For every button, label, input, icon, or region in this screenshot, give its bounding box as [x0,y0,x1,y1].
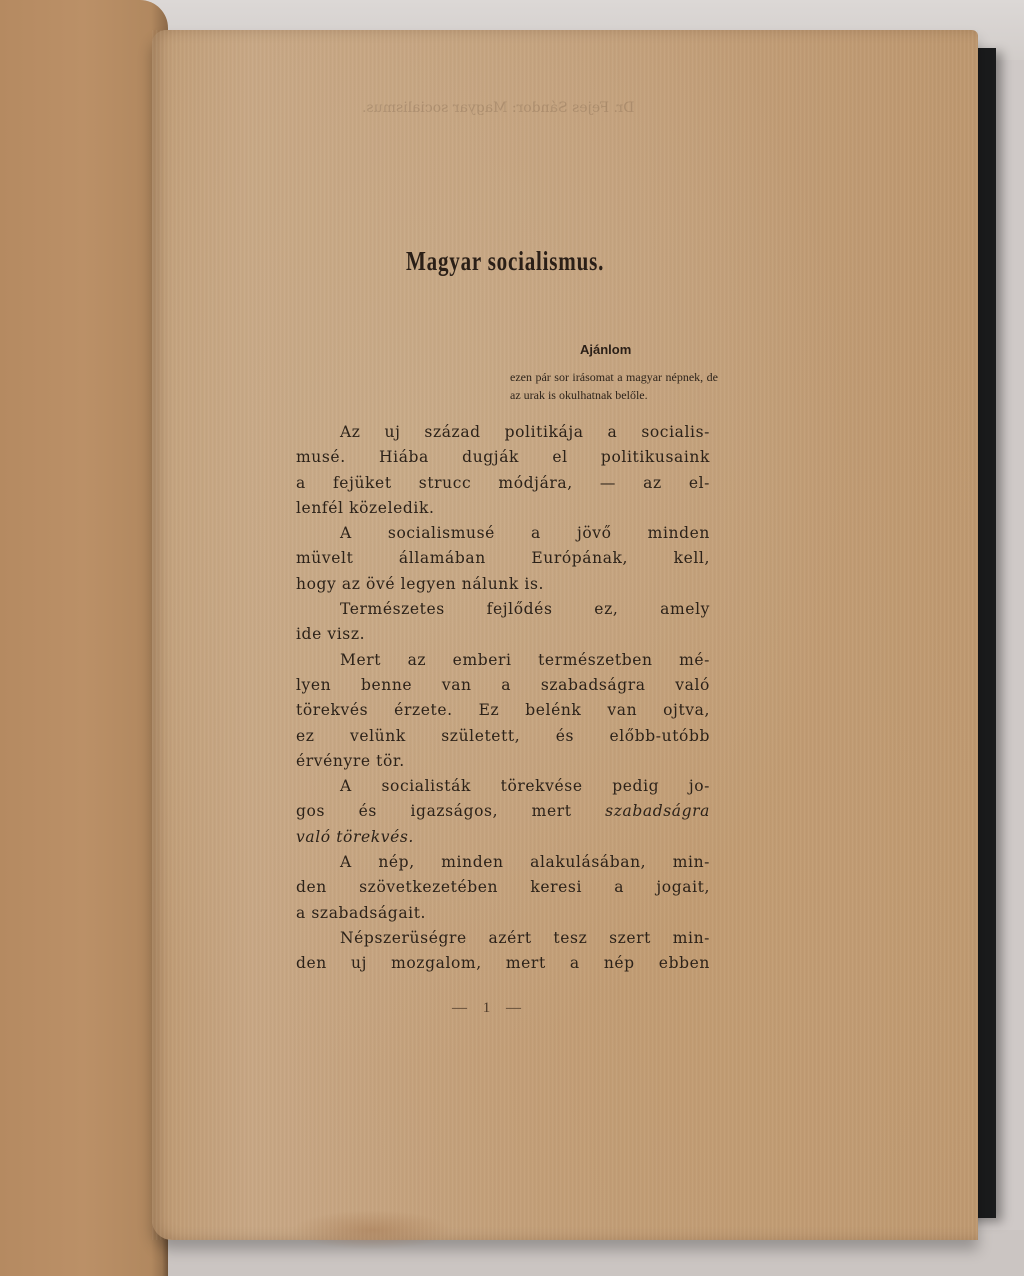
text-line: hogy az övé legyen nálunk is. [296,572,710,597]
page-number: — 1 — [452,1000,527,1017]
text-line: gos és igazságos, mert szabadságra [296,799,710,824]
text-line: Természetes fejlődés ez, amely [296,597,710,622]
page-title: Magyar socialismus. [406,246,604,277]
text-line: Az uj század politikája a socialis- [296,420,710,445]
left-page [0,0,168,1276]
text-line: lyen benne van a szabadságra való [296,673,710,698]
text-line: A socialismusé a jövő minden [296,521,710,546]
text-line: a fejüket strucc módjára, — az el- [296,471,710,496]
text-line: A nép, minden alakulásában, min- [296,850,710,875]
text-line: Mert az emberi természetben mé- [296,648,710,673]
text-line: den uj mozgalom, mert a nép ebben [296,951,710,976]
water-stain [292,1210,452,1250]
text-line: den szövetkezetében keresi a jogait, [296,875,710,900]
dedication-heading: Ajánlom [580,342,631,357]
text-line: ide visz. [296,622,710,647]
dedication-text: ezen pár sor irásomat a magyar népnek, d… [510,368,718,404]
bleed-through-header: Dr. Fejes Sándor: Magyar socialismus. [362,100,634,116]
body-text: Az uj század politikája a socialis-musé.… [296,420,710,977]
text-line: való törekvés. [296,825,710,850]
text-line: törekvés érzete. Ez belénk van ojtva, [296,698,710,723]
text-line: müvelt államában Európának, kell, [296,546,710,571]
text-line: ez velünk született, és előbb-utóbb [296,724,710,749]
right-page: Dr. Fejes Sándor: Magyar socialismus. Ma… [152,30,978,1240]
text-line: Népszerüségre azért tesz szert min- [296,926,710,951]
text-line: érvényre tör. [296,749,710,774]
text-line: a szabadságait. [296,901,710,926]
text-line: lenfél közeledik. [296,496,710,521]
text-line: A socialisták törekvése pedig jo- [296,774,710,799]
text-line: musé. Hiába dugják el politikusaink [296,445,710,470]
